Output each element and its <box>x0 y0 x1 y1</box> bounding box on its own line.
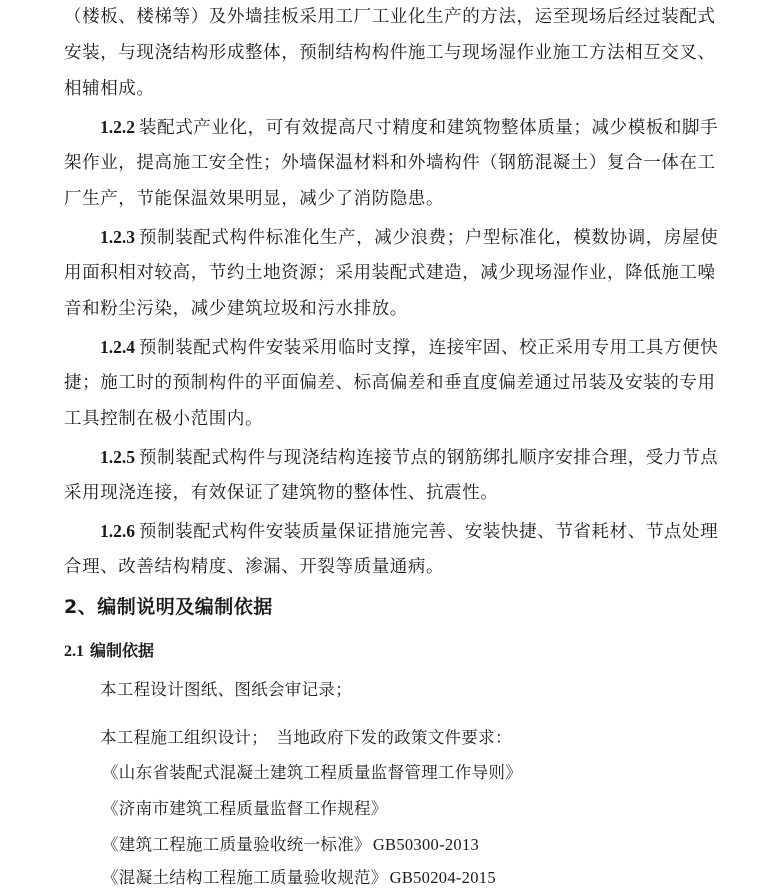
section-number: 1.2.4 <box>100 337 135 357</box>
section-1-2-4-line-3: 工具控制在极小范围内。 <box>64 407 263 431</box>
section-1-2-3-line-2: 用面积相对较高，节约土地资源；采用装配式建造，减少现场湿作业，降低施工噪 <box>64 261 716 285</box>
section-1-2-5-line-2: 采用现浇连接，有效保证了建筑物的整体性、抗震性。 <box>64 481 498 505</box>
section-1-2-4-line-2: 捷；施工时的预制构件的平面偏差、标高偏差和垂直度偏差通过吊装及安装的专用 <box>64 371 716 395</box>
reference-item: 《建筑工程施工质量验收统一标准》GB50300-2013 <box>102 834 479 856</box>
section-number: 1.2.6 <box>100 521 135 541</box>
basis-line-1: 本工程设计图纸、图纸会审记录； <box>100 676 352 700</box>
reference-item: 《济南市建筑工程质量监督工作规程》 <box>102 798 390 820</box>
section-heading: 2.1编制依据 <box>64 638 154 661</box>
section-1-2-3-line-1: 1.2.3预制装配式构件标准化生产，减少浪费；户型标准化，模数协调，房屋使 <box>100 225 718 250</box>
section-1-2-2-line-3: 厂生产，节能保温效果明显，减少了消防隐患。 <box>64 187 444 211</box>
section-1-2-3-line-3: 音和粉尘污染，减少建筑垃圾和污水排放。 <box>64 297 408 321</box>
section-number: 1.2.3 <box>100 227 135 247</box>
chapter-heading: 2、编制说明及编制依据 <box>64 592 273 619</box>
section-number: 1.2.2 <box>100 117 135 137</box>
basis-line-2: 本工程施工组织设计； 当地政府下发的政策文件要求： <box>100 724 512 748</box>
chapter-number: 2、 <box>64 596 97 618</box>
reference-item: 《山东省装配式混凝土建筑工程质量监督管理工作导则》 <box>102 762 524 784</box>
section-heading-title: 编制依据 <box>90 641 154 660</box>
section-1-2-6-line-1: 1.2.6预制装配式构件安装质量保证措施完善、安装快捷、节省耗材、节点处理 <box>100 519 718 544</box>
intro-line-1: （楼板、楼梯等）及外墙挂板采用工厂工业化生产的方法，运至现场后经过装配式 <box>64 5 716 29</box>
chapter-title: 编制说明及编制依据 <box>97 596 273 618</box>
document-page: （楼板、楼梯等）及外墙挂板采用工厂工业化生产的方法，运至现场后经过装配式 安装，… <box>0 0 779 895</box>
section-heading-number: 2.1 <box>64 643 84 660</box>
reference-item: 《混凝土结构工程施工质量验收规范》GB50204-2015 <box>102 867 496 889</box>
section-1-2-5-line-1: 1.2.5预制装配式构件与现浇结构连接节点的钢筋绑扎顺序安排合理，受力节点 <box>100 445 718 470</box>
section-number: 1.2.5 <box>100 447 135 467</box>
intro-line-3: 相辅相成。 <box>64 77 155 101</box>
section-1-2-2-line-1: 1.2.2装配式产业化，可有效提高尺寸精度和建筑物整体质量；减少模板和脚手 <box>100 115 718 140</box>
section-1-2-2-line-2: 架作业，提高施工安全性；外墙保温材料和外墙构件（钢筋混凝土）复合一体在工 <box>64 151 716 175</box>
section-1-2-4-line-1: 1.2.4预制装配式构件安装采用临时支撑，连接牢固、校正采用专用工具方便快 <box>100 335 718 360</box>
section-1-2-6-line-2: 合理、改善结构精度、渗漏、开裂等质量通病。 <box>64 555 444 579</box>
intro-line-2: 安装，与现浇结构形成整体，预制结构构件施工与现场湿作业施工方法相互交叉、 <box>64 41 716 65</box>
